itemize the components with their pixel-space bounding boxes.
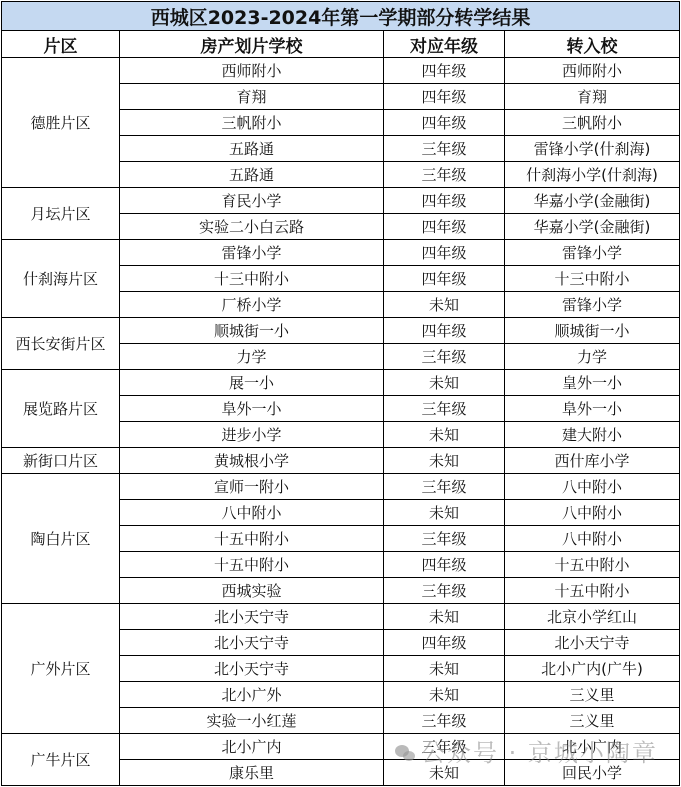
transfer-school-cell: 皇外一小 <box>505 370 680 396</box>
table-row: 新街口片区黄城根小学未知西什库小学 <box>2 448 680 474</box>
table-row: 陶白片区宣师一附小三年级八中附小 <box>2 474 680 500</box>
zoned-school-cell: 北小广外 <box>120 682 384 708</box>
transfer-school-cell: 育翔 <box>505 84 680 110</box>
zoned-school-cell: 北小天宁寺 <box>120 630 384 656</box>
zoned-school-cell: 康乐里 <box>120 760 384 786</box>
transfer-school-cell: 西什库小学 <box>505 448 680 474</box>
title-row: 西城区2023-2024年第一学期部分转学结果 <box>2 2 680 31</box>
table-title: 西城区2023-2024年第一学期部分转学结果 <box>2 2 680 31</box>
transfer-school-cell: 华嘉小学(金融街) <box>505 188 680 214</box>
header-grade: 对应年级 <box>384 31 505 58</box>
district-cell: 西长安街片区 <box>2 318 120 370</box>
district-cell: 广牛片区 <box>2 734 120 786</box>
transfer-school-cell: 回民小学 <box>505 760 680 786</box>
header-zoned-school: 房产划片学校 <box>120 31 384 58</box>
grade-cell: 未知 <box>384 604 505 630</box>
zoned-school-cell: 北小天宁寺 <box>120 604 384 630</box>
transfer-school-cell: 雷锋小学(什刹海) <box>505 136 680 162</box>
table-row: 西长安街片区顺城街一小四年级顺城街一小 <box>2 318 680 344</box>
grade-cell: 未知 <box>384 500 505 526</box>
transfer-school-cell: 阜外一小 <box>505 396 680 422</box>
zoned-school-cell: 厂桥小学 <box>120 292 384 318</box>
transfer-school-cell: 三义里 <box>505 682 680 708</box>
transfer-school-cell: 八中附小 <box>505 526 680 552</box>
transfer-school-cell: 华嘉小学(金融街) <box>505 214 680 240</box>
grade-cell: 三年级 <box>384 578 505 604</box>
grade-cell: 三年级 <box>384 162 505 188</box>
transfer-school-cell: 什刹海小学(什刹海) <box>505 162 680 188</box>
grade-cell: 四年级 <box>384 214 505 240</box>
grade-cell: 未知 <box>384 760 505 786</box>
grade-cell: 四年级 <box>384 630 505 656</box>
district-cell: 展览路片区 <box>2 370 120 448</box>
district-cell: 月坛片区 <box>2 188 120 240</box>
transfer-school-cell: 十五中附小 <box>505 578 680 604</box>
transfer-school-cell: 力学 <box>505 344 680 370</box>
zoned-school-cell: 阜外一小 <box>120 396 384 422</box>
zoned-school-cell: 雷锋小学 <box>120 240 384 266</box>
zoned-school-cell: 十三中附小 <box>120 266 384 292</box>
grade-cell: 未知 <box>384 422 505 448</box>
header-district: 片区 <box>2 31 120 58</box>
grade-cell: 三年级 <box>384 136 505 162</box>
transfer-school-cell: 八中附小 <box>505 500 680 526</box>
zoned-school-cell: 八中附小 <box>120 500 384 526</box>
zoned-school-cell: 力学 <box>120 344 384 370</box>
zoned-school-cell: 北小天宁寺 <box>120 656 384 682</box>
transfer-school-cell: 三帆附小 <box>505 110 680 136</box>
grade-cell: 四年级 <box>384 240 505 266</box>
grade-cell: 未知 <box>384 656 505 682</box>
grade-cell: 未知 <box>384 682 505 708</box>
zoned-school-cell: 北小广内 <box>120 734 384 760</box>
grade-cell: 四年级 <box>384 58 505 84</box>
zoned-school-cell: 顺城街一小 <box>120 318 384 344</box>
transfer-school-cell: 八中附小 <box>505 474 680 500</box>
district-cell: 德胜片区 <box>2 58 120 188</box>
transfer-school-cell: 西师附小 <box>505 58 680 84</box>
grade-cell: 三年级 <box>384 734 505 760</box>
zoned-school-cell: 展一小 <box>120 370 384 396</box>
zoned-school-cell: 西师附小 <box>120 58 384 84</box>
zoned-school-cell: 育民小学 <box>120 188 384 214</box>
grade-cell: 四年级 <box>384 110 505 136</box>
header-transfer-school: 转入校 <box>505 31 680 58</box>
grade-cell: 四年级 <box>384 188 505 214</box>
grade-cell: 三年级 <box>384 474 505 500</box>
table-row: 什刹海片区雷锋小学四年级雷锋小学 <box>2 240 680 266</box>
transfer-school-cell: 十五中附小 <box>505 552 680 578</box>
table-row: 广外片区北小天宁寺未知北京小学红山 <box>2 604 680 630</box>
district-cell: 什刹海片区 <box>2 240 120 318</box>
grade-cell: 未知 <box>384 292 505 318</box>
zoned-school-cell: 黄城根小学 <box>120 448 384 474</box>
grade-cell: 四年级 <box>384 84 505 110</box>
grade-cell: 四年级 <box>384 552 505 578</box>
transfer-school-cell: 雷锋小学 <box>505 292 680 318</box>
transfer-school-cell: 北小天宁寺 <box>505 630 680 656</box>
zoned-school-cell: 宣师一附小 <box>120 474 384 500</box>
zoned-school-cell: 五路通 <box>120 162 384 188</box>
transfer-school-cell: 三义里 <box>505 708 680 734</box>
grade-cell: 四年级 <box>384 318 505 344</box>
zoned-school-cell: 十五中附小 <box>120 552 384 578</box>
grade-cell: 未知 <box>384 448 505 474</box>
grade-cell: 未知 <box>384 370 505 396</box>
table-row: 展览路片区展一小未知皇外一小 <box>2 370 680 396</box>
zoned-school-cell: 十五中附小 <box>120 526 384 552</box>
zoned-school-cell: 育翔 <box>120 84 384 110</box>
zoned-school-cell: 实验一小红莲 <box>120 708 384 734</box>
transfer-school-cell: 北京小学红山 <box>505 604 680 630</box>
header-row: 片区 房产划片学校 对应年级 转入校 <box>2 31 680 58</box>
zoned-school-cell: 西城实验 <box>120 578 384 604</box>
grade-cell: 四年级 <box>384 266 505 292</box>
zoned-school-cell: 五路通 <box>120 136 384 162</box>
grade-cell: 三年级 <box>384 526 505 552</box>
table-row: 月坛片区育民小学四年级华嘉小学(金融街) <box>2 188 680 214</box>
transfer-school-cell: 北小广内 <box>505 734 680 760</box>
table-row: 广牛片区北小广内三年级北小广内 <box>2 734 680 760</box>
grade-cell: 三年级 <box>384 396 505 422</box>
grade-cell: 三年级 <box>384 708 505 734</box>
zoned-school-cell: 实验二小白云路 <box>120 214 384 240</box>
transfer-results-table: 西城区2023-2024年第一学期部分转学结果 片区 房产划片学校 对应年级 转… <box>1 1 680 786</box>
transfer-school-cell: 顺城街一小 <box>505 318 680 344</box>
grade-cell: 三年级 <box>384 344 505 370</box>
transfer-school-cell: 十三中附小 <box>505 266 680 292</box>
transfer-school-cell: 北小广内(广牛) <box>505 656 680 682</box>
district-cell: 广外片区 <box>2 604 120 734</box>
transfer-school-cell: 建大附小 <box>505 422 680 448</box>
district-cell: 新街口片区 <box>2 448 120 474</box>
zoned-school-cell: 三帆附小 <box>120 110 384 136</box>
transfer-school-cell: 雷锋小学 <box>505 240 680 266</box>
zoned-school-cell: 进步小学 <box>120 422 384 448</box>
district-cell: 陶白片区 <box>2 474 120 604</box>
table-row: 德胜片区西师附小四年级西师附小 <box>2 58 680 84</box>
